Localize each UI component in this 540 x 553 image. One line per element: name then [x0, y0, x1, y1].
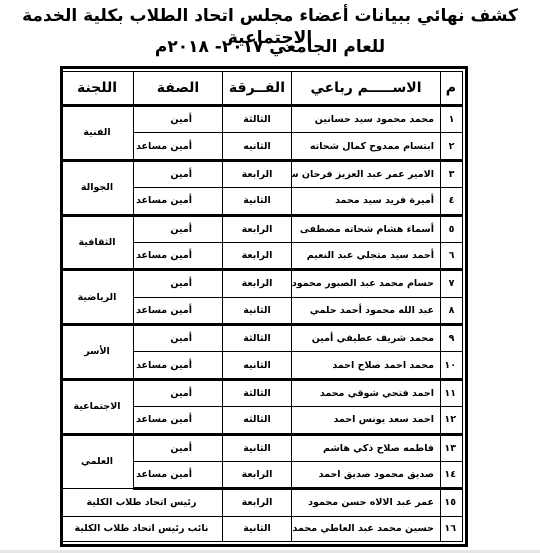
row-number: ١٠ — [441, 352, 463, 379]
member-role: أمين مساعد — [134, 407, 223, 434]
table-row: ١ محمد محمود سيد حسانين الثالثة أمين الف… — [61, 106, 463, 133]
member-name: حسين محمد عبد العاطي محمد — [292, 516, 441, 541]
member-role: أمين مساعد — [134, 352, 223, 379]
column-header-name: الاســـــم رباعي — [292, 72, 441, 106]
table-header-row: م الاســـــم رباعي الفــرقة الصفة اللجنة — [61, 72, 463, 106]
member-name: الامير عمر عبد العزيز فرحان سيد — [292, 160, 441, 187]
committee-name: الثقافية — [61, 215, 134, 270]
row-number: ٣ — [441, 160, 463, 187]
row-number: ٢ — [441, 133, 463, 160]
row-number: ١٦ — [441, 516, 463, 541]
member-role: أمين مساعد — [134, 242, 223, 269]
member-year: الرابعة — [223, 242, 292, 269]
table-row: ٩ محمد شريف عطيفي أمين الثالثة أمين الأس… — [61, 325, 463, 352]
member-name: احمد فتحي شوقي محمد — [292, 379, 441, 406]
committee-name: الأسر — [61, 325, 134, 380]
row-number: ١٢ — [441, 407, 463, 434]
column-header-role: الصفة — [134, 72, 223, 106]
column-header-number: م — [441, 72, 463, 106]
row-number: ٩ — [441, 325, 463, 352]
row-number: ١٥ — [441, 489, 463, 516]
committee-name: العلمي — [61, 434, 134, 489]
member-year: الثانية — [223, 516, 292, 541]
member-role: أمين مساعد — [134, 133, 223, 160]
table-row: ١٦ حسين محمد عبد العاطي محمد الثانية نائ… — [61, 516, 463, 541]
table-row: ١٥ عمر عبد الالاه حسن محمود الرابعة رئيس… — [61, 489, 463, 516]
column-header-committee: اللجنة — [61, 72, 134, 106]
member-name: محمد احمد صلاح احمد — [292, 352, 441, 379]
member-name: حسام محمد عبد الصبور محمود — [292, 270, 441, 297]
committee-name: الفنية — [61, 106, 134, 161]
member-role: أمين — [134, 379, 223, 406]
member-role: أمين مساعد — [134, 188, 223, 215]
member-year: الثالثة — [223, 379, 292, 406]
member-name: فاطمه صلاح ذكي هاشم — [292, 434, 441, 461]
member-name: ابتسام ممدوح كمال شحاته — [292, 133, 441, 160]
member-year: الرابعة — [223, 160, 292, 187]
member-role: أمين مساعد — [134, 461, 223, 488]
member-role: أمين — [134, 160, 223, 187]
member-year: الرابعة — [223, 270, 292, 297]
member-year: الثانية — [223, 434, 292, 461]
member-year: الثالثة — [223, 325, 292, 352]
table-row: ٣ الامير عمر عبد العزيز فرحان سيد الرابع… — [61, 160, 463, 187]
member-name: عبد الله محمود أحمد حلمي — [292, 297, 441, 324]
member-year: الرابعة — [223, 489, 292, 516]
column-header-year: الفــرقة — [223, 72, 292, 106]
row-number: ٨ — [441, 297, 463, 324]
member-year: الثانيه — [223, 133, 292, 160]
committee-name: الاجتماعية — [61, 379, 134, 434]
row-number: ١٣ — [441, 434, 463, 461]
member-name: محمد محمود سيد حسانين — [292, 106, 441, 133]
table-row: ١٣ فاطمه صلاح ذكي هاشم الثانية أمين العل… — [61, 434, 463, 461]
member-year: الثانية — [223, 188, 292, 215]
members-table: م الاســـــم رباعي الفــرقة الصفة اللجنة… — [60, 71, 463, 542]
member-role: أمين مساعد — [134, 297, 223, 324]
row-number: ٧ — [441, 270, 463, 297]
member-year: الثانية — [223, 297, 292, 324]
member-name: أميرة فريد سيد محمد — [292, 188, 441, 215]
member-role: أمين — [134, 434, 223, 461]
table-row: ١١ احمد فتحي شوقي محمد الثالثة أمين الاج… — [61, 379, 463, 406]
table-row: ٧ حسام محمد عبد الصبور محمود الرابعة أمي… — [61, 270, 463, 297]
member-year: الرابعة — [223, 461, 292, 488]
row-number: ٤ — [441, 188, 463, 215]
member-name: أسماء هشام شحاته مصطفى — [292, 215, 441, 242]
member-year: الثالثة — [223, 106, 292, 133]
members-table-frame: م الاســـــم رباعي الفــرقة الصفة اللجنة… — [60, 66, 468, 547]
member-role: رئيس اتحاد طلاب الكلية — [61, 489, 223, 516]
member-name: احمد سعد يونس احمد — [292, 407, 441, 434]
member-name: أحمد سيد متجلي عبد النعيم — [292, 242, 441, 269]
member-role: أمين — [134, 325, 223, 352]
row-number: ٥ — [441, 215, 463, 242]
committee-name: الرياضية — [61, 270, 134, 325]
member-year: الثالثه — [223, 407, 292, 434]
member-name: محمد شريف عطيفي أمين — [292, 325, 441, 352]
academic-year-subtitle: للعام الجامعي ٢٠١٧- ٢٠١٨م — [0, 36, 540, 58]
row-number: ١ — [441, 106, 463, 133]
member-role: أمين — [134, 106, 223, 133]
member-name: عمر عبد الالاه حسن محمود — [292, 489, 441, 516]
row-number: ٦ — [441, 242, 463, 269]
committee-name: الجوالة — [61, 160, 134, 215]
row-number: ١٤ — [441, 461, 463, 488]
member-role: أمين — [134, 215, 223, 242]
member-year: الرابعة — [223, 215, 292, 242]
member-role: نائب رئيس اتحاد طلاب الكلية — [61, 516, 223, 541]
member-name: صديق محمود صديق احمد — [292, 461, 441, 488]
member-year: الثانيه — [223, 352, 292, 379]
table-row: ٥ أسماء هشام شحاته مصطفى الرابعة أمين ال… — [61, 215, 463, 242]
row-number: ١١ — [441, 379, 463, 406]
member-role: أمين — [134, 270, 223, 297]
